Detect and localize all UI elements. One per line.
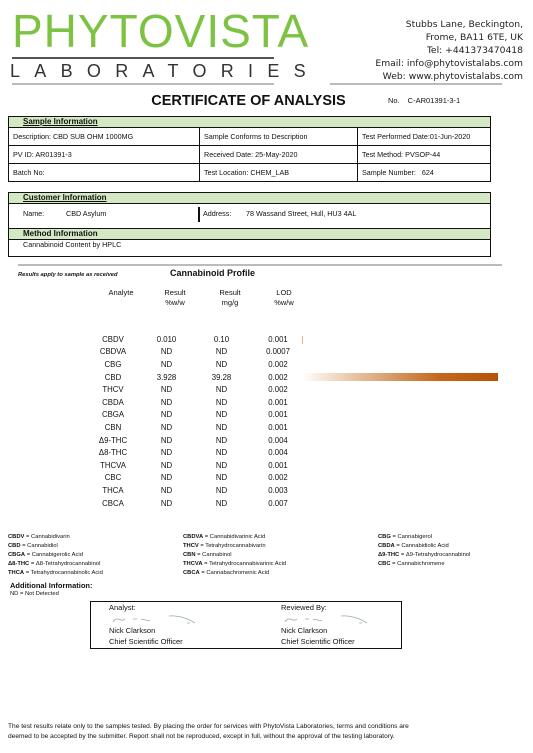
glossary-full: Cannabachromenic Acid xyxy=(206,570,269,576)
glossary-entry: CBC = Cannabichromene xyxy=(378,560,470,569)
glossary-abbr: THCV xyxy=(183,543,199,549)
result-percent: ND xyxy=(138,446,195,459)
reviewer-label: Reviewed By: xyxy=(281,602,381,613)
glossary-column: CBG = CannabigerolCBDA = Cannabidiolic A… xyxy=(378,533,470,569)
analyte-name: CBDVA xyxy=(88,346,138,359)
phone: Tel: +441373470418 xyxy=(375,44,523,57)
certificate-number: No.C-AR01391-3-1 xyxy=(388,96,460,105)
test-performed-date: Test Performed Date:01-Jun-2020 xyxy=(358,128,490,145)
result-mgg: ND xyxy=(195,409,248,422)
signature-icon xyxy=(281,613,381,625)
result-percent: ND xyxy=(138,434,195,447)
glossary-entry: THCVA = Tetrahydrocannabivarinic Acid xyxy=(183,560,286,569)
glossary-entry: CBDA = Cannabidiolic Acid xyxy=(378,542,470,551)
table-row: CBD3.92839.280.002 xyxy=(88,371,308,384)
result-percent: 3.928 xyxy=(138,371,195,384)
result-bar xyxy=(302,373,498,381)
table-row: CBCNDND0.002 xyxy=(88,472,308,485)
result-mgg: ND xyxy=(195,434,248,447)
glossary-full: Tetrahydrocannabivarinic Acid xyxy=(209,561,286,567)
table-row: THCVANDND0.001 xyxy=(88,459,308,472)
analyte-name: THCVA xyxy=(88,459,138,472)
table-row: Δ9-THCNDND0.004 xyxy=(88,434,308,447)
glossary-full: Cannabinol xyxy=(202,552,231,558)
additional-information-heading: Additional Information: xyxy=(10,581,93,590)
logo-underline xyxy=(12,83,274,85)
col-header-result-mgg: Resultmg/g xyxy=(205,288,255,308)
result-percent: ND xyxy=(138,383,195,396)
glossary-entry: Δ8-THC = Δ8-Tetrahydrocannabinol xyxy=(8,560,103,569)
glossary-abbr: CBN xyxy=(183,552,196,558)
address-line: Frome, BA11 6TE, UK xyxy=(375,31,523,44)
glossary-column: CBDVA = Cannabidivarinic AcidTHCV = Tetr… xyxy=(183,533,286,578)
test-method: Test Method: PVSOP-44 xyxy=(358,146,490,163)
results-note: Results apply to sample as received xyxy=(18,272,118,278)
table-row: Δ8-THCNDND0.004 xyxy=(88,446,308,459)
glossary-abbr: CBDVA xyxy=(183,534,203,540)
result-percent: ND xyxy=(138,409,195,422)
glossary-column: CBDV = CannabidivarinCBD = CannabidiolCB… xyxy=(8,533,103,578)
result-bar xyxy=(302,336,498,344)
conformance: Sample Conforms to Description xyxy=(200,128,358,145)
result-mgg: ND xyxy=(195,446,248,459)
glossary-full: Tetrahydrocannabinolic Acid xyxy=(31,570,103,576)
analyst-title: Chief Scientific Officer xyxy=(109,636,209,647)
analyte-name: CBG xyxy=(88,358,138,371)
lod-value: 0.001 xyxy=(248,421,308,434)
lod-value: 0.0007 xyxy=(248,346,308,359)
result-mgg: ND xyxy=(195,484,248,497)
received-date: Received Date: 25-May-2020 xyxy=(200,146,358,163)
result-percent: ND xyxy=(138,484,195,497)
glossary-abbr: CBCA xyxy=(183,570,200,576)
lab-address: Stubbs Lane, Beckington, Frome, BA11 6TE… xyxy=(375,18,523,83)
lod-value: 0.001 xyxy=(248,459,308,472)
glossary-abbr: THCA xyxy=(8,570,24,576)
table-row: THCVNDND0.002 xyxy=(88,383,308,396)
lod-value: 0.001 xyxy=(248,396,308,409)
glossary-entry: CBCA = Cannabachromenic Acid xyxy=(183,569,286,578)
glossary-entry: THCA = Tetrahydrocannabinolic Acid xyxy=(8,569,103,578)
glossary-entry: CBGA = Cannabigerolic Acid xyxy=(8,551,103,560)
customer-row: Name: CBD Asylum Address: 78 Wassand Str… xyxy=(9,204,490,229)
analyst-name: Nick Clarkson xyxy=(109,625,209,636)
glossary-full: Cannabidiol xyxy=(27,543,58,549)
result-percent: ND xyxy=(138,396,195,409)
signature-box: Analyst: Nick Clarkson Chief Scientific … xyxy=(90,601,402,649)
reviewer-name: Nick Clarkson xyxy=(281,625,381,636)
disclaimer: The test results relate only to the samp… xyxy=(8,722,409,742)
analyte-name: CBN xyxy=(88,421,138,434)
table-row: THCANDND0.003 xyxy=(88,484,308,497)
lod-value: 0.004 xyxy=(248,434,308,447)
col-header-analyte: Analyte xyxy=(96,288,146,298)
lod-value: 0.002 xyxy=(248,358,308,371)
glossary-abbr: Δ9-THC xyxy=(378,552,399,558)
sample-row: Description: CBD SUB OHM 1000MG Sample C… xyxy=(9,128,490,146)
glossary-full: Δ8-Tetrahydrocannabinol xyxy=(36,561,100,567)
glossary-entry: Δ9-THC = Δ9-Tetrahydrocannabinol xyxy=(378,551,470,560)
result-mgg: ND xyxy=(195,497,248,510)
lod-value: 0.002 xyxy=(248,383,308,396)
customer-name: CBD Asylum xyxy=(66,209,106,218)
result-percent: ND xyxy=(138,497,195,510)
sample-row: Batch No: Test Location: CHEM_LAB Sample… xyxy=(9,164,490,181)
analyst-signature: Analyst: Nick Clarkson Chief Scientific … xyxy=(109,602,209,647)
cert-no-label: No. xyxy=(388,96,400,105)
lod-value: 0.001 xyxy=(248,333,308,346)
cert-no-value: C-AR01391-3-1 xyxy=(408,96,461,105)
result-percent: ND xyxy=(138,421,195,434)
disclaimer-line: deemed to be accepted by the submitter. … xyxy=(8,732,409,742)
customer-information-box: Customer Information Name: CBD Asylum Ad… xyxy=(8,192,491,257)
profile-title: Cannabinoid Profile xyxy=(170,268,255,278)
glossary-full: Tetrahydrocannabivarin xyxy=(205,543,265,549)
glossary-abbr: CBDA xyxy=(378,543,395,549)
analyte-name: Δ9-THC xyxy=(88,434,138,447)
nd-note: ND = Not Detected xyxy=(10,591,59,597)
glossary-abbr: Δ8-THC xyxy=(8,561,29,567)
pv-id: PV ID: AR01391-3 xyxy=(9,146,200,163)
table-row: CBGANDND0.001 xyxy=(88,409,308,422)
result-percent: ND xyxy=(138,459,195,472)
result-percent: 0.010 xyxy=(138,333,195,346)
analyte-name: CBD xyxy=(88,371,138,384)
analyte-name: CBC xyxy=(88,472,138,485)
result-percent: ND xyxy=(138,472,195,485)
col-header-lod: LOD%w/w xyxy=(259,288,309,308)
analyst-label: Analyst: xyxy=(109,602,209,613)
reviewer-title: Chief Scientific Officer xyxy=(281,636,381,647)
logo-divider xyxy=(12,57,274,59)
glossary-full: Cannabidivarin xyxy=(31,534,70,540)
lod-value: 0.003 xyxy=(248,484,308,497)
result-mgg: ND xyxy=(195,383,248,396)
signature-icon xyxy=(109,613,209,625)
result-percent: ND xyxy=(138,358,195,371)
glossary-abbr: CBD xyxy=(8,543,21,549)
glossary-abbr: CBGA xyxy=(8,552,25,558)
analyte-name: Δ8-THC xyxy=(88,446,138,459)
result-mgg: ND xyxy=(195,472,248,485)
glossary-entry: CBDVA = Cannabidivarinic Acid xyxy=(183,533,286,542)
website: Web: www.phytovistalabs.com xyxy=(375,70,523,83)
lod-value: 0.001 xyxy=(248,409,308,422)
cannabinoid-results-table: CBDV0.0100.100.001CBDVANDND0.0007CBGNDND… xyxy=(88,333,308,509)
disclaimer-line: The test results relate only to the samp… xyxy=(8,722,409,732)
table-row: CBCANDND0.007 xyxy=(88,497,308,510)
name-label: Name: xyxy=(23,209,44,218)
email: Email: info@phytovistalabs.com xyxy=(375,57,523,70)
glossary-abbr: THCVA xyxy=(183,561,203,567)
lod-value: 0.004 xyxy=(248,446,308,459)
table-row: CBDV0.0100.100.001 xyxy=(88,333,308,346)
reviewer-signature: Reviewed By: Nick Clarkson Chief Scienti… xyxy=(281,602,381,647)
logo-subtitle: LABORATORIES xyxy=(10,60,320,82)
col-header-result-pct: Result%w/w xyxy=(150,288,200,308)
analyte-name: CBDV xyxy=(88,333,138,346)
table-row: CBDVANDND0.0007 xyxy=(88,346,308,359)
method-value: Cannabinoid Content by HPLC xyxy=(9,239,490,256)
table-row: CBGNDND0.002 xyxy=(88,358,308,371)
analyte-name: CBDA xyxy=(88,396,138,409)
analyte-name: THCV xyxy=(88,383,138,396)
analyte-name: CBCA xyxy=(88,497,138,510)
result-mgg: ND xyxy=(195,459,248,472)
description: Description: CBD SUB OHM 1000MG xyxy=(9,128,200,145)
glossary-entry: CBN = Cannabinol xyxy=(183,551,286,560)
section-divider xyxy=(18,264,502,266)
logo-wordmark: PHYTOVISTA xyxy=(12,6,309,56)
glossary-entry: THCV = Tetrahydrocannabivarin xyxy=(183,542,286,551)
glossary-abbr: CBG xyxy=(378,534,391,540)
glossary-entry: CBG = Cannabigerol xyxy=(378,533,470,542)
result-mgg: ND xyxy=(195,396,248,409)
glossary-full: Cannabigerol xyxy=(398,534,432,540)
glossary-full: Δ9-Tetrahydrocannabinol xyxy=(406,552,470,558)
customer-information-heading: Customer Information xyxy=(9,193,490,204)
address-underline xyxy=(330,83,502,85)
divider xyxy=(198,207,200,222)
sample-information-heading: Sample Information xyxy=(9,117,490,128)
glossary-entry: CBD = Cannabidiol xyxy=(8,542,103,551)
method-information-heading: Method Information xyxy=(9,229,490,239)
table-row: CBNNDND0.001 xyxy=(88,421,308,434)
glossary-entry: CBDV = Cannabidivarin xyxy=(8,533,103,542)
customer-address: 78 Wassand Street, Hull, HU3 4AL xyxy=(246,209,356,218)
address-label: Address: xyxy=(203,209,231,218)
analyte-name: CBGA xyxy=(88,409,138,422)
glossary-abbr: CBDV xyxy=(8,534,24,540)
glossary-full: Cannabidiolic Acid xyxy=(401,543,448,549)
lod-value: 0.007 xyxy=(248,497,308,510)
result-mgg: 0.10 xyxy=(195,333,248,346)
glossary-full: Cannabichromene xyxy=(397,561,444,567)
result-mgg: ND xyxy=(195,346,248,359)
glossary-full: Cannabidivarinic Acid xyxy=(210,534,265,540)
lod-value: 0.002 xyxy=(248,472,308,485)
table-row: CBDANDND0.001 xyxy=(88,396,308,409)
result-mgg: ND xyxy=(195,358,248,371)
glossary-abbr: CBC xyxy=(378,561,391,567)
result-percent: ND xyxy=(138,346,195,359)
sample-information-box: Sample Information Description: CBD SUB … xyxy=(8,116,491,182)
glossary-full: Cannabigerolic Acid xyxy=(32,552,83,558)
result-mgg: 39.28 xyxy=(195,371,248,384)
lod-value: 0.002 xyxy=(248,371,308,384)
address-line: Stubbs Lane, Beckington, xyxy=(375,18,523,31)
batch-no: Batch No: xyxy=(9,164,200,181)
analyte-name: THCA xyxy=(88,484,138,497)
sample-number: Sample Number: 624 xyxy=(358,164,490,181)
test-location: Test Location: CHEM_LAB xyxy=(200,164,358,181)
result-mgg: ND xyxy=(195,421,248,434)
sample-row: PV ID: AR01391-3 Received Date: 25-May-2… xyxy=(9,146,490,164)
